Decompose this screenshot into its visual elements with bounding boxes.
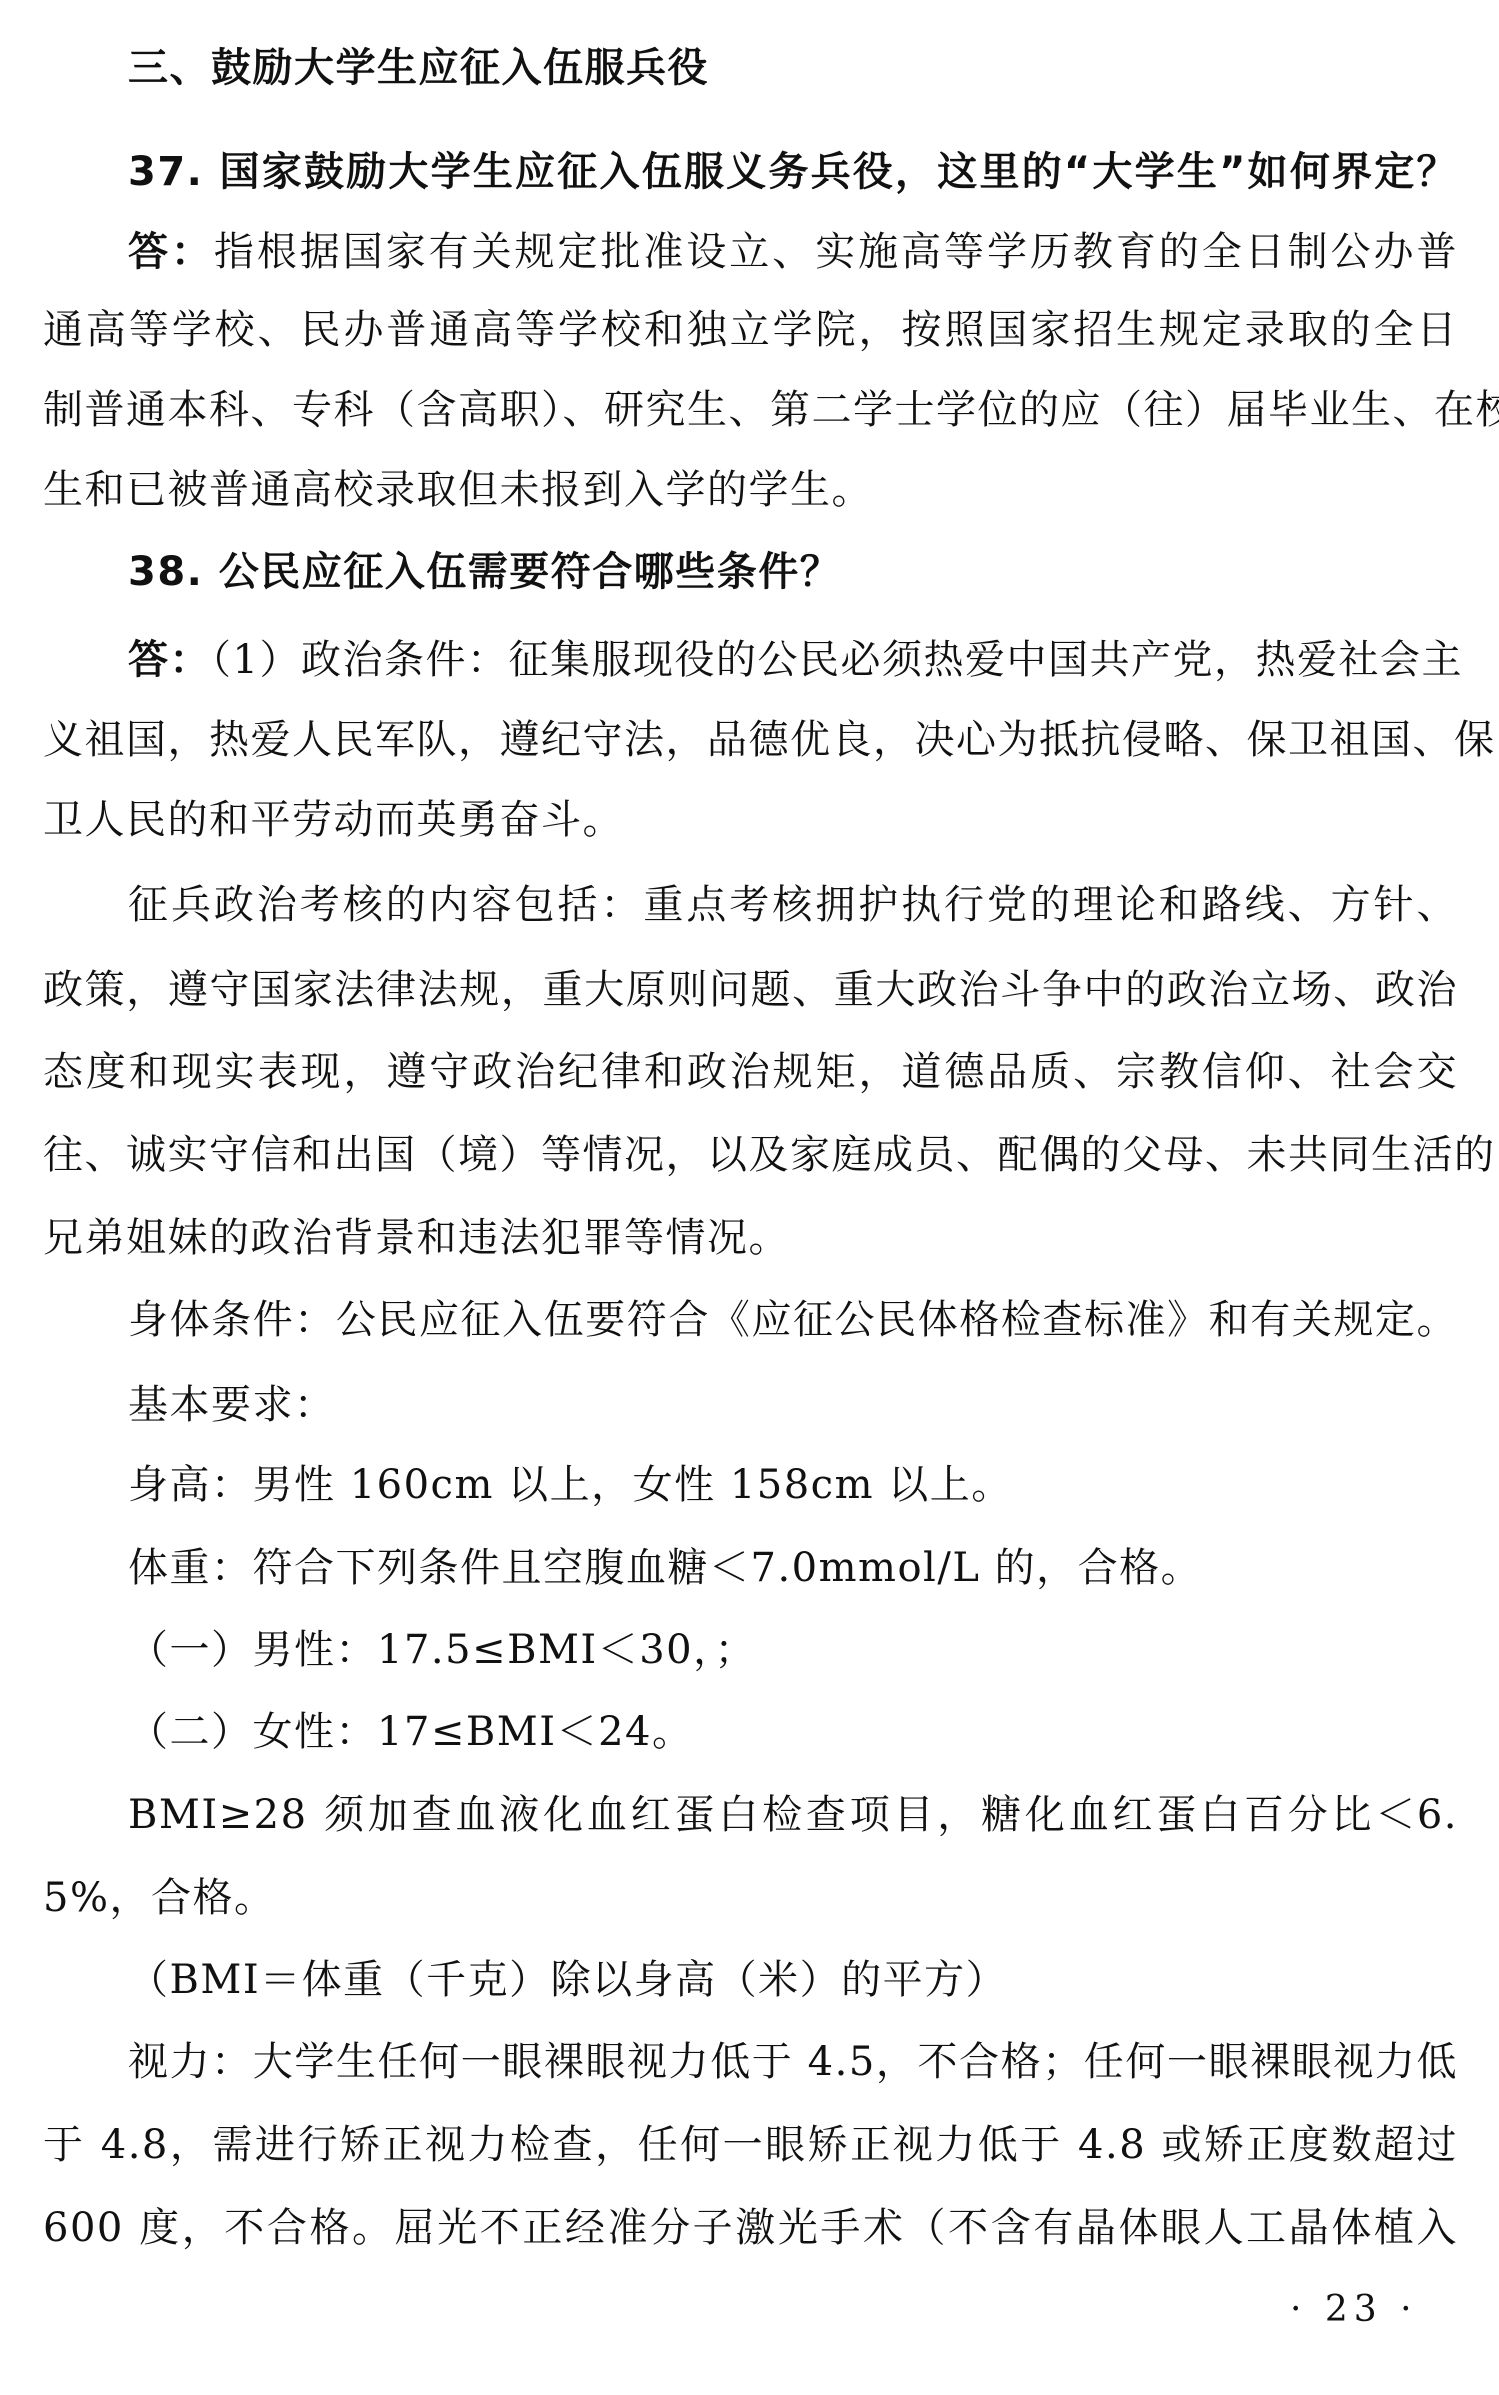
female-bmi: （二）女性：17≤BMI＜24。 [128,1702,1458,1762]
political-review-line-4: 往、诚实守信和出国（境）等情况，以及家庭成员、配偶的父母、未共同生活的 [43,1125,1458,1185]
answer-37-line-3: 制普通本科、专科（含高职）、研究生、第二学士学位的应（往）届毕业生、在校 [43,380,1458,440]
political-review-line-3: 态度和现实表现，遵守政治纪律和政治规矩，道德品质、宗教信仰、社会交 [43,1042,1458,1102]
answer-37-line-2: 通高等学校、民办普通高等学校和独立学院，按照国家招生规定录取的全日 [43,300,1458,360]
bmi-extra-line-2: 5%，合格。 [43,1868,1458,1928]
basic-requirements: 基本要求： [128,1375,1458,1435]
answer-label: 答： [128,229,214,275]
male-bmi: （一）男性：17.5≤BMI＜30，； [128,1620,1458,1680]
question-37: 37. 国家鼓励大学生应征入伍服义务兵役，这里的“大学生”如何界定？ [128,142,1458,202]
vision-line-3: 600 度，不合格。屈光不正经准分子激光手术（不含有晶体眼人工晶体植入 [43,2198,1458,2258]
bmi-extra-line-1: BMI≥28 须加查血液化血红蛋白检查项目，糖化血红蛋白百分比＜6. [128,1785,1458,1845]
physical-conditions: 身体条件：公民应征入伍要符合《应征公民体格检查标准》和有关规定。 [128,1290,1458,1350]
political-review-line-1: 征兵政治考核的内容包括：重点考核拥护执行党的理论和路线、方针、 [128,875,1458,935]
answer-label: 答： [128,637,211,683]
bmi-formula: （BMI＝体重（千克）除以身高（米）的平方） [128,1950,1458,2010]
political-line-1: 答：（1）政治条件：征集服现役的公民必须热爱中国共产党，热爱社会主 [128,630,1458,690]
vision-line-2: 于 4.8，需进行矫正视力检查，任何一眼矫正视力低于 4.8 或矫正度数超过 [43,2115,1458,2175]
weight-requirement: 体重：符合下列条件且空腹血糖＜7.0mmol/L 的，合格。 [128,1538,1458,1598]
question-38: 38. 公民应征入伍需要符合哪些条件？ [128,542,1458,602]
political-review-line-2: 政策，遵守国家法律法规，重大原则问题、重大政治斗争中的政治立场、政治 [43,960,1458,1020]
vision-line-1: 视力：大学生任何一眼裸眼视力低于 4.5，不合格；任何一眼裸眼视力低 [128,2032,1458,2092]
political-line-3: 卫人民的和平劳动而英勇奋斗。 [43,790,1458,850]
height-requirement: 身高：男性 160cm 以上，女性 158cm 以上。 [128,1455,1458,1515]
political-line-2: 义祖国，热爱人民军队，遵纪守法，品德优良，决心为抵抗侵略、保卫祖国、保 [43,710,1458,770]
political-review-line-5: 兄弟姐妹的政治背景和违法犯罪等情况。 [43,1208,1458,1268]
section-heading: 三、鼓励大学生应征入伍服兵役 [128,38,1499,98]
page-number: · 23 · [1290,2285,1418,2335]
answer-37-line-4: 生和已被普通高校录取但未报到入学的学生。 [43,460,1458,520]
answer-37-line-1: 答：指根据国家有关规定批准设立、实施高等学历教育的全日制公办普 [128,222,1458,282]
